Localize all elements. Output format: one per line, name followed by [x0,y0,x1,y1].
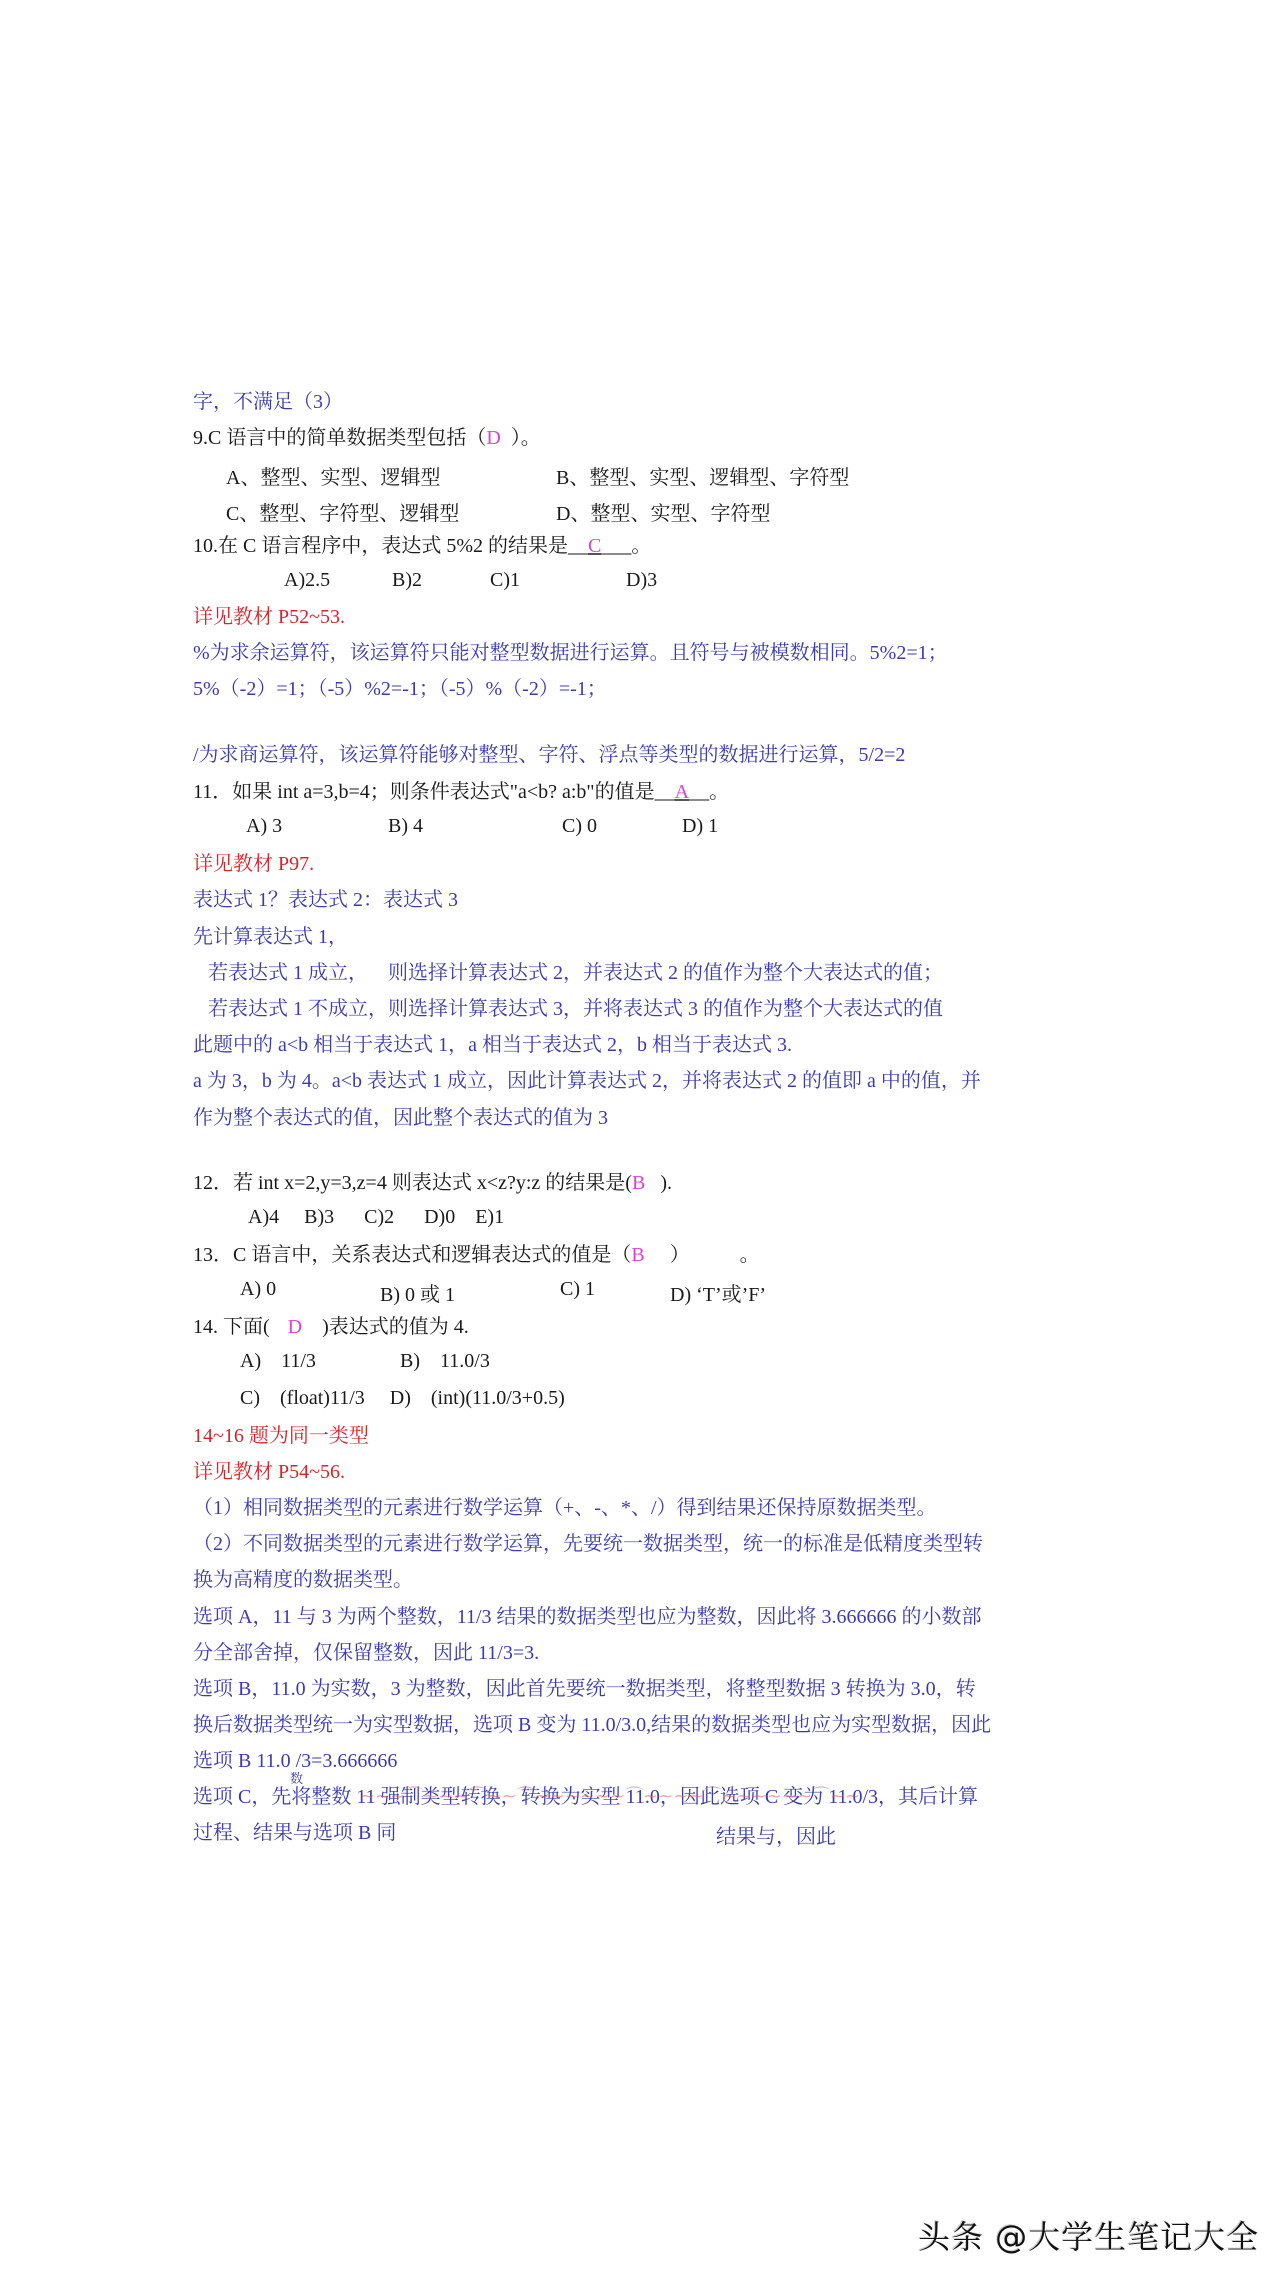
question-11-text: 11．如果 int a=3,b=4；则条件表达式"a<b? a:b"的值是 [193,781,655,803]
question-11-explanation-3: 若表达式 1 成立， 则选择计算表达式 2，并表达式 2 的值作为整个大表达式的… [193,960,943,986]
question-10-explanation-3: /为求商运算符，该运算符能够对整型、字符、浮点等类型的数据进行运算，5/2=2 [193,742,905,768]
question-13-option-a: A) 0 [240,1278,276,1301]
question-14-type-note: 14~16 题为同一类型 [193,1423,369,1449]
question-14-explanation-10b: 结果与，因此 [716,1820,836,1849]
question-11-option-a: A) 3 [246,815,282,838]
watermark: 头条 @大学生笔记大全 [918,2212,1259,2258]
question-14-explanation-10a: 过程、结果与选项 B 同 [193,1820,396,1846]
question-13-option-c: C) 1 [560,1278,595,1301]
question-10-answer: C [588,535,601,557]
question-13-answer: B [631,1244,644,1266]
handwritten-scribble: ~~~⌒~~~⌒~~⌒~~~~~~⌒~~~~⌒~~~~~~⌒~~ [360,1782,860,1808]
question-13-text: 13．C 语言中，关系表达式和逻辑表达式的值是（ [193,1244,631,1266]
question-14-text-end: )表达式的值为 4. [302,1316,469,1338]
question-12-answer: B [632,1172,645,1194]
question-10-option-d: D)3 [626,569,657,592]
continuation-line: 字，不满足（3） [193,389,343,415]
question-10-option-c: C)1 [490,569,520,592]
question-14-option-b: B) 11.0/3 [400,1350,490,1373]
question-9-option-d: D、整型、实型、字符型 [556,497,770,526]
question-14-reference: 详见教材 P54~56. [193,1459,345,1485]
question-10-reference: 详见教材 P52~53. [193,604,345,630]
question-14-answer: D [270,1316,302,1338]
question-9-option-a: A、整型、实型、逻辑型 [226,461,440,490]
question-14-explanation-1: （1）相同数据类型的元素进行数学运算（+、-、*、/）得到结果还保持原数据类型。 [193,1495,937,1521]
question-14-options-cd: C) (float)11/3 D) (int)(11.0/3+0.5) [240,1387,565,1410]
explanation-fragment-2: ，因此 [776,1826,836,1848]
question-12-options: A)4 B)3 C)2 D)0 E)1 [248,1206,504,1229]
question-14-stem: 14. 下面(D )表达式的值为 4. [193,1314,469,1340]
question-10-blank-left: __ [568,535,588,557]
question-10-blank-right: ___ [601,535,631,557]
question-11-explanation-1: 表达式 1？表达式 2：表达式 3 [193,887,458,913]
question-11-explanation-4: 若表达式 1 不成立，则选择计算表达式 3，并将表达式 3 的值作为整个大表达式… [193,996,943,1022]
question-11-answer: A [675,781,689,803]
question-10-explanation-1: %为求余运算符，该运算符只能对整型数据进行运算。且符号与被模数相同。5%2=1； [193,640,948,666]
question-14-option-a: A) 11/3 [240,1350,316,1373]
question-9-text-end: ）。 [501,427,541,449]
question-10-explanation-2: 5%（-2）=1；（-5）%2=-1；（-5）%（-2）=-1； [193,676,607,702]
question-12-text: 12．若 int x=2,y=3,z=4 则表达式 x<z?y:z 的结果是( [193,1172,632,1194]
explanation-fragment-1: 结果与 [716,1826,776,1848]
question-13-stem: 13．C 语言中，关系表达式和逻辑表达式的值是（B ） 。 [193,1242,760,1268]
question-11-text-end: 。 [709,781,729,803]
question-14-explanation-7: 换后数据类型统一为实型数据，选项 B 变为 11.0/3.0,结果的数据类型也应… [193,1712,991,1738]
question-10-option-a: A)2.5 [284,569,330,592]
question-9-answer: D [486,427,500,449]
question-9-option-b: B、整型、实型、逻辑型、字符型 [556,461,849,490]
question-12-stem: 12．若 int x=2,y=3,z=4 则表达式 x<z?y:z 的结果是(B… [193,1170,672,1196]
question-11-explanation-7: 作为整个表达式的值，因此整个表达式的值为 3 [193,1105,608,1131]
question-14-text: 14. 下面( [193,1316,270,1338]
question-13-option-b: B) 0 或 1 [380,1278,455,1307]
question-13-option-d: D) ‘T’或’F’ [670,1278,766,1307]
question-11-explanation-6: a 为 3，b 为 4。a<b 表达式 1 成立，因此计算表达式 2，并将表达式… [193,1068,981,1094]
question-11-stem: 11．如果 int a=3,b=4；则条件表达式"a<b? a:b"的值是__A… [193,779,729,805]
document-page: 字，不满足（3） 9.C 语言中的简单数据类型包括（D ）。 A、整型、实型、逻… [0,0,1280,2275]
question-10-stem: 10.在 C 语言程序中，表达式 5%2 的结果是__C___。 [193,533,651,559]
question-9-option-c: C、整型、字符型、逻辑型 [226,497,459,526]
question-14-explanation-4: 选项 A，11 与 3 为两个整数，11/3 结果的数据类型也应为整数，因此将 … [193,1604,982,1630]
question-11-explanation-5: 此题中的 a<b 相当于表达式 1，a 相当于表达式 2，b 相当于表达式 3. [193,1032,792,1058]
question-9-stem: 9.C 语言中的简单数据类型包括（D ）。 [193,425,541,451]
question-11-reference: 详见教材 P97. [193,851,314,877]
question-10-text-end: 。 [631,535,651,557]
question-14-explanation-3: 换为高精度的数据类型。 [193,1567,413,1593]
question-9-text: 9.C 语言中的简单数据类型包括（ [193,427,486,449]
question-11-option-d: D) 1 [682,815,718,838]
question-11-option-c: C) 0 [562,815,597,838]
question-11-blank-right: __ [689,781,709,803]
question-10-option-b: B)2 [392,569,422,592]
question-14-explanation-5: 分全部舍掉，仅保留整数，因此 11/3=3. [193,1640,539,1666]
question-13-text-end: ） 。 [645,1244,760,1266]
question-14-explanation-2: （2）不同数据类型的元素进行数学运算，先要统一数据类型，统一的标准是低精度类型转 [193,1531,983,1557]
question-10-text: 10.在 C 语言程序中，表达式 5%2 的结果是 [193,535,568,557]
question-11-explanation-2: 先计算表达式 1， [193,924,348,950]
question-11-blank-left: __ [655,781,675,803]
question-12-text-end: ). [645,1172,672,1194]
question-11-option-b: B) 4 [388,815,423,838]
question-14-explanation-6: 选项 B，11.0 为实数，3 为整数，因此首先要统一数据类型，将整型数据 3 … [193,1676,976,1702]
